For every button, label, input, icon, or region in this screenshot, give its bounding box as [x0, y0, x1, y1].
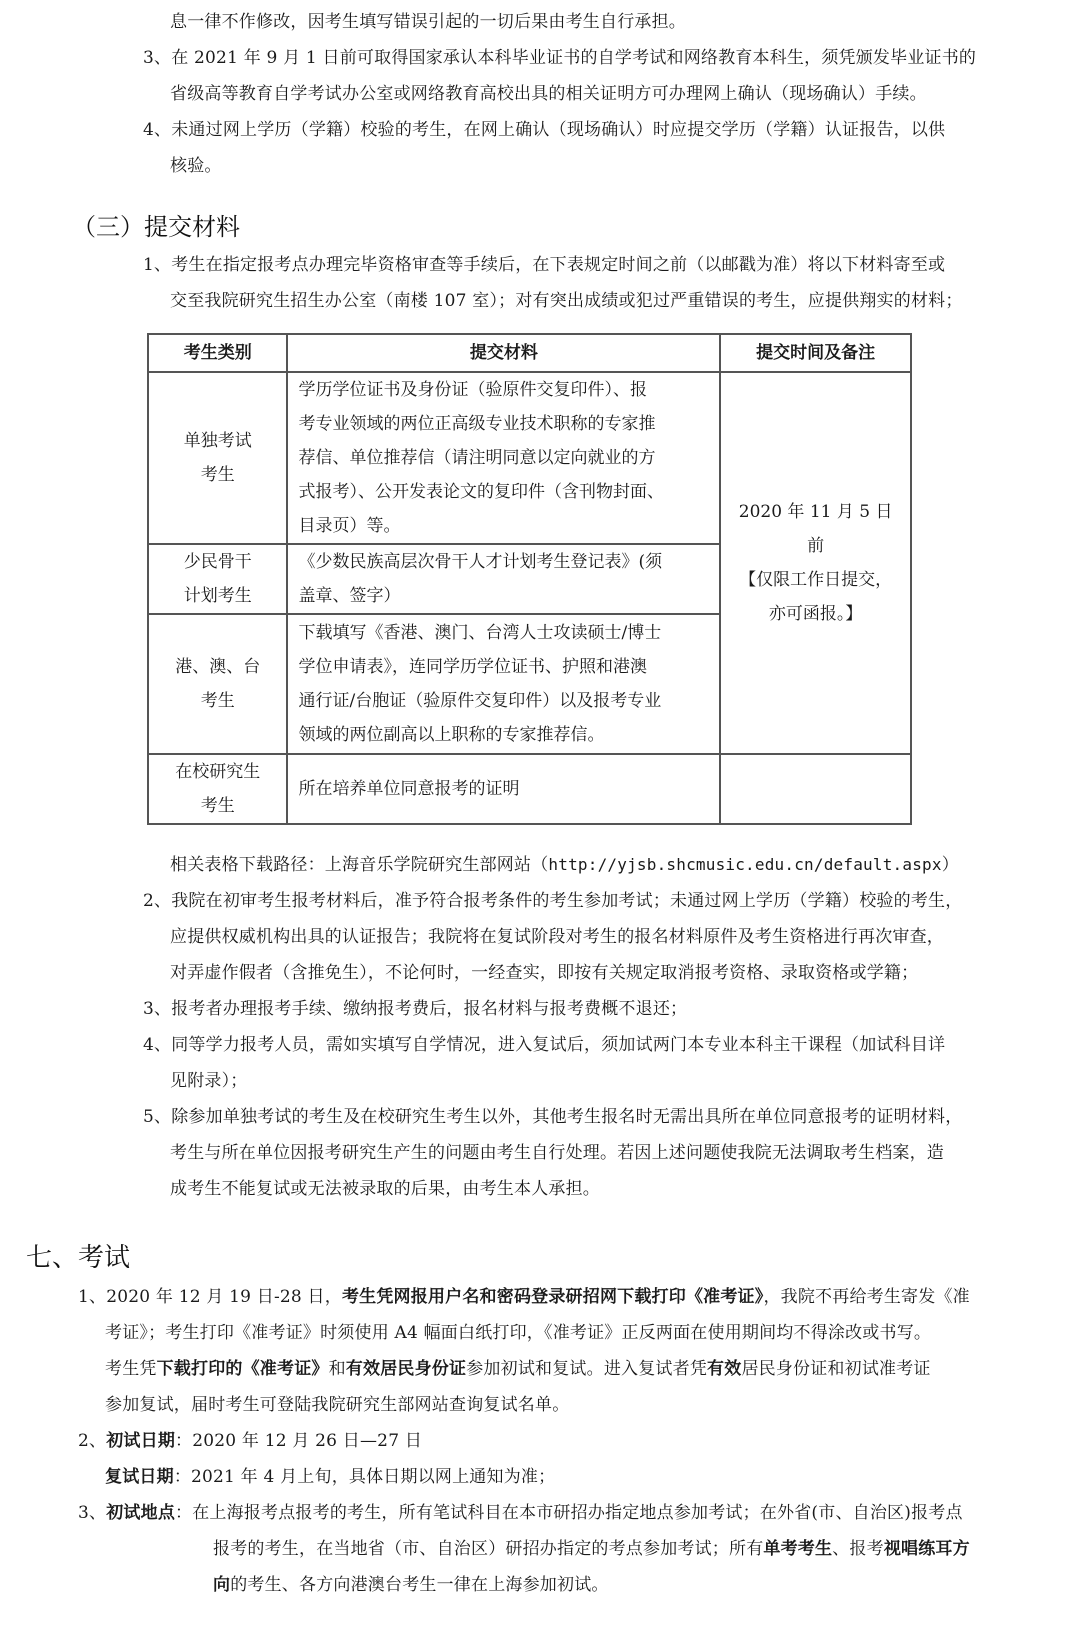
- item-number: 4、: [143, 120, 171, 140]
- category-cell: 单独考试 考生: [148, 372, 287, 544]
- header-category: 考生类别: [148, 334, 287, 372]
- s3-item-4-line-1: 4、同等学力报考人员，需如实填写自学情况，进入复试后，须加试两门本专业本科主干课…: [143, 1033, 945, 1057]
- s3-item-5-line-2: 考生与所在单位因报考研究生产生的问题由考生自行处理。若因上述问题使我院无法调取考…: [170, 1141, 944, 1165]
- s3-item-2-line-3: 对弄虚作假者（含推免生），不论何时，一经查实，即按有关规定取消报考资格、录取资格…: [170, 961, 918, 985]
- deadline-cell: 2020 年 11 月 5 日前 【仅限工作日提交， 亦可函报。】: [720, 372, 911, 754]
- deadline-line: 亦可函报。】: [731, 597, 900, 631]
- item-text: ：2020 年 12 月 26 日—27 日: [175, 1431, 422, 1451]
- materials-line: 《少数民族高层次骨干人才计划考生登记表》(须: [298, 545, 709, 579]
- item-number: 5、: [143, 1107, 171, 1127]
- emphasis-text: 向: [213, 1575, 230, 1595]
- s3-item-5-line-1: 5、除参加单独考试的考生及在校研究生考生以外，其他考生报名时无需出具所在单位同意…: [143, 1105, 962, 1129]
- category-line: 考生: [159, 684, 276, 718]
- materials-line: 盖章、签字）: [298, 579, 709, 613]
- item-text: ，我院不再给考生寄发《准: [763, 1287, 969, 1307]
- list-item-4-line-2: 核验。: [170, 154, 222, 178]
- s3-item-4-line-2: 见附录）；: [170, 1069, 248, 1093]
- item-number: 3、: [143, 48, 171, 68]
- s7-item-2-retest-date: 复试日期：2021 年 4 月上旬，具体日期以网上通知为准；: [105, 1465, 555, 1489]
- s7-item-1-line-1: 1、2020 年 12 月 19 日-28 日，考生凭网报用户名和密码登录研招网…: [78, 1285, 970, 1309]
- materials-line: 目录页）等。: [298, 509, 709, 543]
- item-text: 报考者办理报考手续、缴纳报考费后，报名材料与报考费概不退还；: [171, 999, 687, 1019]
- download-path-note: 相关表格下载路径：上海音乐学院研究生部网站（http://yjsb.shcmus…: [170, 853, 959, 877]
- emphasis-text: 考生凭网报用户名和密码登录研招网下载打印《准考证》: [342, 1287, 764, 1307]
- item-text: 参加初试和复试。进入复试者凭: [466, 1359, 707, 1379]
- emphasis-text: 有效: [707, 1359, 741, 1379]
- deadline-line: 【仅限工作日提交，: [731, 563, 900, 597]
- s3-item-2-line-2: 应提供权威机构出具的认证报告；我院将在复试阶段对考生的报名材料原件及考生资格进行…: [170, 925, 944, 949]
- materials-line: 下载填写《香港、澳门、台湾人士攻读硕士/博士: [298, 616, 709, 650]
- paren-close: ）: [942, 855, 959, 875]
- materials-line: 领域的两位副高以上职称的专家推荐信。: [298, 718, 709, 752]
- item-text: 考生凭: [105, 1359, 157, 1379]
- s7-item-1-line-3: 考生凭下载打印的《准考证》和有效居民身份证参加初试和复试。进入复试者凭有效居民身…: [105, 1357, 931, 1381]
- materials-cell: 下载填写《香港、澳门、台湾人士攻读硕士/博士 学位申请表》，连同学历学位证书、护…: [287, 614, 720, 754]
- item-text: ：2021 年 4 月上旬，具体日期以网上通知为准；: [174, 1467, 556, 1487]
- category-line: 港、澳、台: [159, 650, 276, 684]
- item-number: 4、: [143, 1035, 171, 1055]
- category-cell: 少民骨干 计划考生: [148, 544, 287, 614]
- table-row: 在校研究生 考生 所在培养单位同意报考的证明: [148, 754, 911, 824]
- category-line: 考生: [159, 789, 276, 823]
- list-item-4-line-1: 4、未通过网上学历（学籍）校验的考生，在网上确认（现场确认）时应提交学历（学籍）…: [143, 118, 945, 142]
- s7-item-2-first-exam-date: 2、初试日期：2020 年 12 月 26 日—27 日: [78, 1429, 422, 1453]
- section-heading-exam: 七、考试: [26, 1242, 130, 1274]
- item-text: 未通过网上学历（学籍）校验的考生，在网上确认（现场确认）时应提交学历（学籍）认证…: [171, 120, 945, 140]
- deadline-cell-empty: [720, 754, 911, 824]
- materials-cell: 学历学位证书及身份证（验原件交复印件）、报 考专业领域的两位正高级专业技术职称的…: [287, 372, 720, 544]
- materials-line: 式报考）、公开发表论文的复印件（含刊物封面、: [298, 475, 709, 509]
- category-cell: 港、澳、台 考生: [148, 614, 287, 754]
- item-text: 同等学力报考人员，需如实填写自学情况，进入复试后，须加试两门本专业本科主干课程（…: [171, 1035, 945, 1055]
- item-text: 、报考: [832, 1539, 884, 1559]
- materials-line: 通行证/台胞证（验原件交复印件）以及报考专业: [298, 684, 709, 718]
- s3-item-3-line-1: 3、报考者办理报考手续、缴纳报考费后，报名材料与报考费概不退还；: [143, 997, 687, 1021]
- materials-cell: 所在培养单位同意报考的证明: [287, 754, 720, 824]
- item-text: 除参加单独考试的考生及在校研究生考生以外，其他考生报名时无需出具所在单位同意报考…: [171, 1107, 962, 1127]
- category-cell: 在校研究生 考生: [148, 754, 287, 824]
- materials-line: 学历学位证书及身份证（验原件交复印件）、报: [298, 373, 709, 407]
- category-line: 在校研究生: [159, 755, 276, 789]
- header-materials: 提交材料: [287, 334, 720, 372]
- item-text: 报考的考生，在当地省（市、自治区）研招办指定的考点参加考试；所有: [213, 1539, 763, 1559]
- item-text: 2020 年 12 月 19 日-28 日，: [106, 1287, 342, 1307]
- table-row: 单独考试 考生 学历学位证书及身份证（验原件交复印件）、报 考专业领域的两位正高…: [148, 372, 911, 544]
- s7-item-3-line-1: 3、初试地点：在上海报考点报考的考生，所有笔试科目在本市研招办指定地点参加考试；…: [78, 1501, 963, 1525]
- materials-line: 荐信、单位推荐信（请注明同意以定向就业的方: [298, 441, 709, 475]
- category-line: 计划考生: [159, 579, 276, 613]
- s7-item-1-line-4: 参加复试，届时考生可登陆我院研究生部网站查询复试名单。: [105, 1393, 569, 1417]
- category-line: 考生: [159, 458, 276, 492]
- item-number: 2、: [143, 891, 171, 911]
- download-label: 相关表格下载路径：上海音乐学院研究生部网站（: [170, 855, 548, 875]
- emphasis-text: 单考考生: [763, 1539, 832, 1559]
- materials-table: 考生类别 提交材料 提交时间及备注 单独考试 考生 学历学位证书及身份证（验原件…: [147, 333, 912, 825]
- item-text: 和: [329, 1359, 346, 1379]
- s3-item-1-line-1: 1、考生在指定报考点办理完毕资格审查等手续后，在下表规定时间之前（以邮戳为准）将…: [143, 253, 945, 277]
- emphasis-text: 视唱练耳方: [884, 1539, 970, 1559]
- deadline-line: 2020 年 11 月 5 日前: [731, 495, 900, 563]
- list-item-3-line-2: 省级高等教育自学考试办公室或网络教育高校出具的相关证明方可办理网上确认（现场确认…: [170, 82, 927, 106]
- item-number: 2、: [78, 1431, 106, 1451]
- item-number: 1、: [78, 1287, 106, 1307]
- table-header-row: 考生类别 提交材料 提交时间及备注: [148, 334, 911, 372]
- s3-item-1-line-2: 交至我院研究生招生办公室（南楼 107 室）；对有突出成绩或犯过严重错误的考生，…: [170, 289, 963, 313]
- item-text: 考生在指定报考点办理完毕资格审查等手续后，在下表规定时间之前（以邮戳为准）将以下…: [171, 255, 945, 275]
- section-heading-submit-materials: （三）提交材料: [72, 212, 240, 242]
- materials-cell: 《少数民族高层次骨干人才计划考生登记表》(须 盖章、签字）: [287, 544, 720, 614]
- header-time: 提交时间及备注: [720, 334, 911, 372]
- item-text: 居民身份证和初试准考证: [741, 1359, 930, 1379]
- label-bold: 复试日期: [105, 1467, 174, 1487]
- category-line: 少民骨干: [159, 545, 276, 579]
- item-text: 我院在初审考生报考材料后，准予符合报考条件的考生参加考试；未通过网上学历（学籍）…: [171, 891, 962, 911]
- materials-line: 学位申请表》，连同学历学位证书、护照和港澳: [298, 650, 709, 684]
- emphasis-text: 下载打印的《准考证》: [157, 1359, 329, 1379]
- continuation-line: 息一律不作修改，因考生填写错误引起的一切后果由考生自行承担。: [170, 10, 686, 34]
- s7-item-3-line-3: 向的考生、各方向港澳台考生一律在上海参加初试。: [213, 1573, 609, 1597]
- label-bold: 初试地点: [106, 1503, 175, 1523]
- emphasis-text: 有效居民身份证: [346, 1359, 466, 1379]
- s3-item-2-line-1: 2、我院在初审考生报考材料后，准予符合报考条件的考生参加考试；未通过网上学历（学…: [143, 889, 962, 913]
- item-text: 的考生、各方向港澳台考生一律在上海参加初试。: [230, 1575, 608, 1595]
- item-text: 在 2021 年 9 月 1 日前可取得国家承认本科毕业证书的自学考试和网络教育…: [171, 48, 976, 68]
- item-number: 3、: [78, 1503, 106, 1523]
- s3-item-5-line-3: 成考生不能复试或无法被录取的后果，由考生本人承担。: [170, 1177, 600, 1201]
- item-number: 3、: [143, 999, 171, 1019]
- materials-line: 考专业领域的两位正高级专业技术职称的专家推: [298, 407, 709, 441]
- materials-line: 所在培养单位同意报考的证明: [298, 772, 709, 806]
- item-number: 1、: [143, 255, 171, 275]
- category-line: 单独考试: [159, 424, 276, 458]
- download-url-link[interactable]: http://yjsb.shcmusic.edu.cn/default.aspx: [548, 855, 941, 874]
- s7-item-3-line-2: 报考的考生，在当地省（市、自治区）研招办指定的考点参加考试；所有单考考生、报考视…: [213, 1537, 970, 1561]
- label-bold: 初试日期: [106, 1431, 175, 1451]
- s7-item-1-line-2: 考证》；考生打印《准考证》时须使用 A4 幅面白纸打印，《准考证》正反两面在使用…: [105, 1321, 931, 1345]
- list-item-3-line-1: 3、在 2021 年 9 月 1 日前可取得国家承认本科毕业证书的自学考试和网络…: [143, 46, 976, 70]
- item-text: ：在上海报考点报考的考生，所有笔试科目在本市研招办指定地点参加考试；在外省(市、…: [175, 1503, 963, 1523]
